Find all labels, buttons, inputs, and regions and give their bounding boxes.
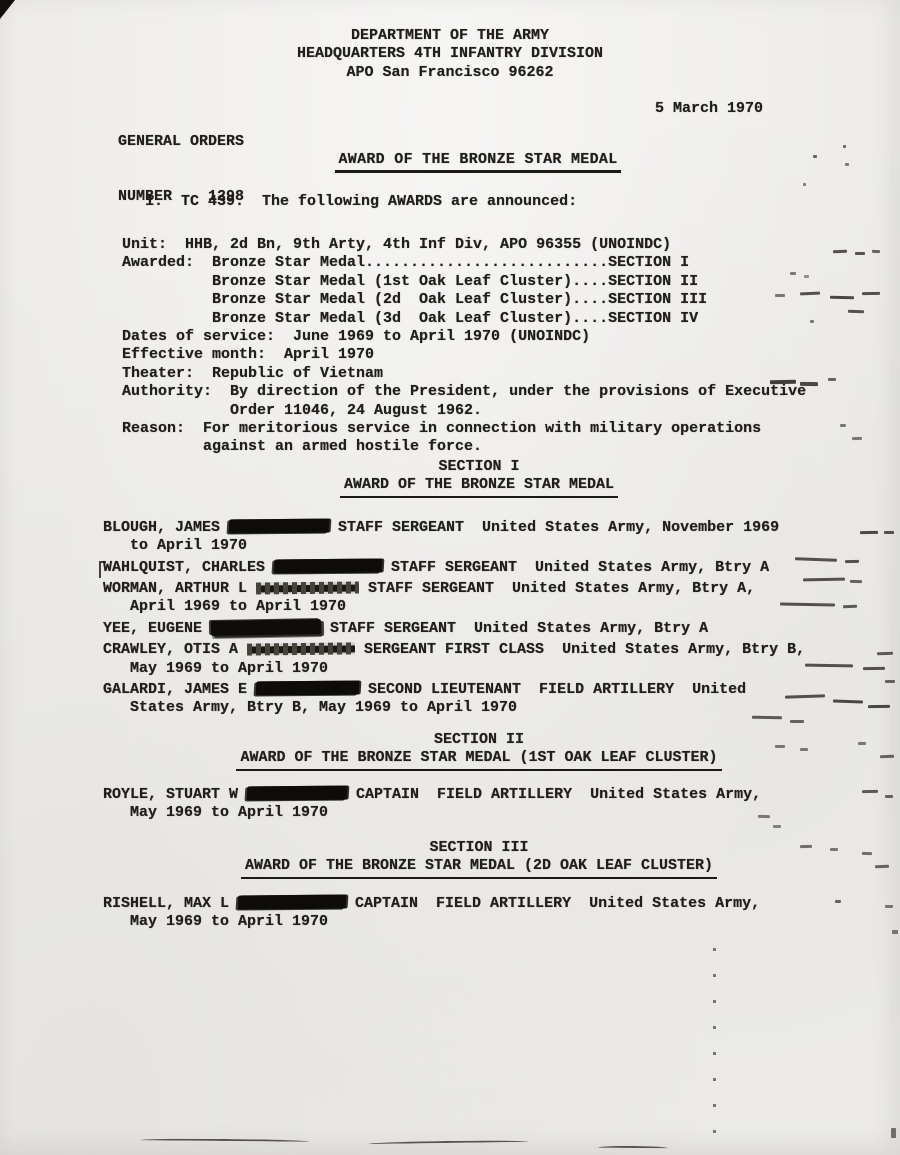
scan-streak-artifact — [368, 1140, 528, 1146]
award-entry: RISHELL, MAX L CAPTAIN FIELD ARTILLERY U… — [103, 895, 860, 932]
recipient-name: WORMAN, ARTHUR L — [103, 580, 256, 597]
scan-noise-mark — [892, 930, 898, 934]
entry-continuation: States Army, Btry B, May 1969 to April 1… — [103, 699, 860, 717]
intro-line: 1. TC 439. The following AWARDS are anno… — [145, 193, 577, 211]
scan-streak-artifact — [140, 1138, 310, 1143]
scan-dotted-line-artifact — [713, 948, 716, 1140]
entry-details: STAFF SERGEANT United States Army, Btry … — [382, 559, 769, 576]
scan-noise-mark — [840, 424, 846, 427]
scan-noise-mark — [862, 790, 878, 793]
award-entry: ROYLE, STUART W CAPTAIN FIELD ARTILLERY … — [103, 786, 860, 823]
scan-noise-mark — [790, 720, 804, 723]
entry-details: CAPTAIN FIELD ARTILLERY United States Ar… — [346, 895, 760, 912]
order-date: 5 March 1970 — [655, 100, 763, 118]
info-line: Awarded: Bronze Star Medal..............… — [122, 254, 806, 272]
scan-noise-mark — [868, 705, 890, 708]
scan-noise-mark — [770, 380, 796, 384]
entry-continuation: May 1969 to April 1970 — [103, 913, 860, 931]
redacted-service-number — [247, 785, 348, 800]
scan-noise-mark — [803, 183, 806, 186]
entry-details: STAFF SERGEANT United States Army, Btry … — [359, 580, 755, 597]
scan-streak-artifact — [598, 1146, 668, 1150]
scan-noise-mark — [833, 250, 847, 253]
info-line: Dates of service: June 1969 to April 197… — [122, 328, 806, 346]
scan-noise-mark — [875, 865, 889, 868]
section-subheading: AWARD OF THE BRONZE STAR MEDAL (1ST OAK … — [0, 749, 900, 770]
award-section: SECTION III AWARD OF THE BRONZE STAR MED… — [0, 839, 900, 935]
info-line: Effective month: April 1970 — [122, 346, 806, 364]
scan-noise-mark — [775, 294, 785, 297]
scan-noise-mark — [855, 252, 865, 255]
award-entry: BLOUGH, JAMES STAFF SERGEANT United Stat… — [103, 519, 860, 556]
redacted-service-number — [247, 642, 355, 657]
info-line: Theater: Republic of Vietnam — [122, 365, 806, 383]
scan-noise-mark — [813, 155, 817, 158]
entry-continuation: to April 1970 — [103, 537, 860, 555]
scan-noise-mark — [800, 845, 812, 848]
scan-noise-mark — [872, 250, 880, 253]
award-entry: GALARDI, JAMES E SECOND LIEUTENANT FIELD… — [103, 681, 860, 718]
scan-noise-mark — [848, 310, 864, 314]
scan-noise-mark — [885, 680, 895, 683]
scan-noise-mark — [804, 275, 809, 278]
recipient-name: YEE, EUGENE — [103, 620, 211, 637]
document-page: DEPARTMENT OF THE ARMY HEADQUARTERS 4TH … — [0, 0, 900, 1155]
redacted-service-number — [256, 580, 359, 595]
letterhead-headquarters: HEADQUARTERS 4TH INFANTRY DIVISION — [0, 45, 900, 63]
recipient-name: GALARDI, JAMES E — [103, 681, 256, 698]
section-heading: SECTION I — [0, 458, 900, 476]
scan-noise-mark — [858, 742, 866, 745]
section-entries: RISHELL, MAX L CAPTAIN FIELD ARTILLERY U… — [0, 895, 900, 932]
scan-noise-mark — [835, 900, 841, 903]
scan-noise-mark — [850, 580, 862, 583]
letterhead: DEPARTMENT OF THE ARMY HEADQUARTERS 4TH … — [0, 27, 900, 82]
section-heading: SECTION III — [0, 839, 900, 857]
scan-noise-mark — [830, 296, 854, 299]
scan-noise-mark — [773, 825, 781, 828]
scan-noise-mark — [752, 716, 782, 719]
info-line: Order 11046, 24 August 1962. — [122, 402, 806, 420]
info-line: Bronze Star Medal (3d Oak Leaf Cluster).… — [122, 310, 806, 328]
scan-noise-mark — [852, 437, 862, 440]
scan-noise-mark — [862, 852, 872, 855]
recipient-name: BLOUGH, JAMES — [103, 519, 229, 536]
section-entries: BLOUGH, JAMES STAFF SERGEANT United Stat… — [0, 519, 900, 718]
redacted-service-number — [274, 558, 383, 573]
award-entry: YEE, EUGENE STAFF SERGEANT United States… — [103, 620, 860, 638]
info-block: Unit: HHB, 2d Bn, 9th Arty, 4th Inf Div,… — [122, 236, 806, 457]
recipient-name: WAHLQUIST, CHARLES — [103, 559, 274, 576]
scan-noise-mark — [885, 795, 893, 798]
entry-details: STAFF SERGEANT United States Army, Btry … — [321, 620, 708, 637]
info-line: Bronze Star Medal (1st Oak Leaf Cluster)… — [122, 273, 806, 291]
redacted-service-number — [229, 518, 330, 533]
entry-details: CAPTAIN FIELD ARTILLERY United States Ar… — [347, 786, 761, 803]
scan-noise-mark — [845, 560, 859, 563]
entry-details: STAFF SERGEANT United States Army, Novem… — [329, 519, 779, 536]
scan-noise-mark — [810, 320, 814, 323]
scan-noise-mark — [843, 145, 846, 148]
recipient-name: CRAWLEY, OTIS A — [103, 641, 247, 658]
award-entry: WORMAN, ARTHUR L STAFF SERGEANT United S… — [103, 580, 860, 617]
scan-noise-mark — [800, 382, 818, 386]
info-line: Bronze Star Medal (2d Oak Leaf Cluster).… — [122, 291, 806, 309]
entry-continuation: April 1969 to April 1970 — [103, 598, 860, 616]
award-entry: WAHLQUIST, CHARLES STAFF SERGEANT United… — [103, 559, 860, 577]
info-line: Reason: For meritorious service in conne… — [122, 420, 806, 438]
entry-details: SERGEANT FIRST CLASS United States Army,… — [355, 641, 805, 658]
scan-noise-mark — [845, 163, 849, 166]
pen-bracket-artifact — [99, 561, 106, 578]
section-heading: SECTION II — [0, 731, 900, 749]
scan-noise-mark — [775, 745, 785, 748]
recipient-name: ROYLE, STUART W — [103, 786, 247, 803]
document-title-row: AWARD OF THE BRONZE STAR MEDAL — [0, 151, 900, 173]
scan-noise-mark — [790, 272, 796, 275]
scan-noise-mark — [843, 605, 857, 608]
award-section: SECTION I AWARD OF THE BRONZE STAR MEDAL… — [0, 458, 900, 721]
scan-noise-mark — [880, 755, 894, 758]
redacted-service-number — [238, 894, 347, 909]
award-section: SECTION II AWARD OF THE BRONZE STAR MEDA… — [0, 731, 900, 826]
info-line: Unit: HHB, 2d Bn, 9th Arty, 4th Inf Div,… — [122, 236, 806, 254]
scan-noise-mark — [758, 815, 770, 818]
document-title: AWARD OF THE BRONZE STAR MEDAL — [335, 151, 620, 173]
scan-noise-mark — [830, 848, 838, 851]
scan-noise-mark — [863, 667, 885, 670]
scan-noise-mark — [860, 531, 878, 534]
scan-noise-mark — [884, 531, 894, 534]
scan-noise-mark — [828, 378, 836, 381]
scan-noise-mark — [885, 905, 893, 908]
section-subheading: AWARD OF THE BRONZE STAR MEDAL (2D OAK L… — [0, 857, 900, 878]
award-entry: CRAWLEY, OTIS A SERGEANT FIRST CLASS Uni… — [103, 641, 860, 678]
redacted-service-number — [256, 681, 360, 696]
recipient-name: RISHELL, MAX L — [103, 895, 238, 912]
redacted-service-number — [211, 619, 321, 636]
letterhead-apo: APO San Francisco 96262 — [0, 64, 900, 82]
entry-continuation: May 1969 to April 1970 — [103, 804, 860, 822]
scan-noise-mark — [800, 748, 808, 751]
scan-corner-artifact — [0, 0, 15, 19]
entry-details: SECOND LIEUTENANT FIELD ARTILLERY United — [359, 681, 746, 698]
scan-noise-mark — [862, 292, 880, 295]
letterhead-department: DEPARTMENT OF THE ARMY — [0, 27, 900, 45]
info-line: Authority: By direction of the President… — [122, 383, 806, 401]
section-subheading: AWARD OF THE BRONZE STAR MEDAL — [0, 476, 900, 497]
general-orders-label: GENERAL ORDERS — [118, 133, 244, 151]
info-line: against an armed hostile force. — [122, 438, 806, 456]
entry-continuation: May 1969 to April 1970 — [103, 660, 860, 678]
scan-edge-artifact — [891, 1128, 896, 1138]
scan-noise-mark — [800, 292, 820, 295]
